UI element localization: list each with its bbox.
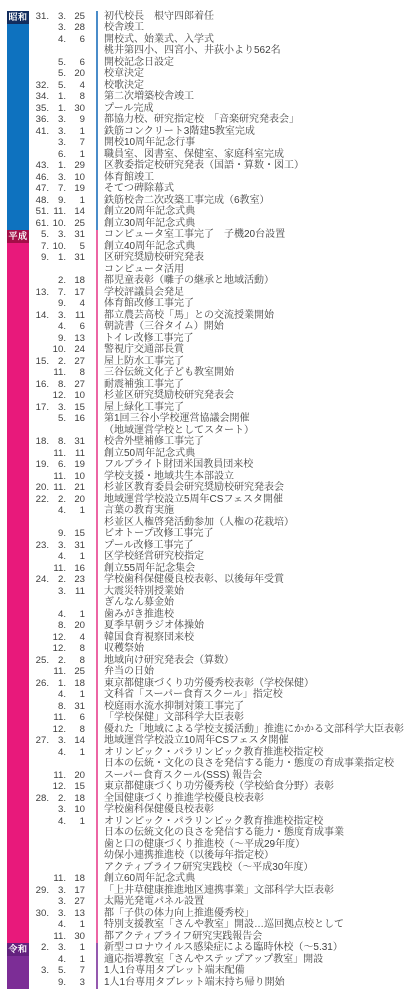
timeline-row: 歯と口の健康づくり推進校（～平成29年度）	[29, 839, 409, 851]
timeline-row: 2. 3. 1 新型コロナウイルス感染症による臨時休校（～5.31）	[29, 943, 409, 955]
row-day: 16	[66, 564, 85, 574]
row-month: 3.	[49, 127, 66, 137]
row-event-text: 特別支援教室「さんや教室」開設…巡回拠点校として	[96, 920, 344, 932]
row-year: 17.	[29, 403, 49, 413]
row-month: 3.	[49, 230, 66, 240]
timeline-row: 9. 3 1人1台専用タブレット端末持ち帰り開始	[29, 977, 409, 989]
timeline-row: 12. 10 杉並区研究奨励校研究発表会	[29, 391, 409, 403]
row-month: 3.	[49, 943, 66, 953]
row-day: 17	[66, 886, 85, 896]
row-day: 25	[66, 12, 85, 22]
timeline-row: 10. 24 警視庁交通部長賞	[29, 345, 409, 357]
row-day: 8	[66, 725, 85, 735]
row-year: 35.	[29, 104, 49, 114]
row-event-text: 1人1台専用タブレット端末持ち帰り開始	[96, 977, 285, 989]
timeline-row: 8. 20 夏季早朝ラジオ体操始	[29, 621, 409, 633]
timeline-row: 51. 11. 14 創立20周年記念式典	[29, 207, 409, 219]
timeline-row: 4. 6 朝読書（三谷タイム）開始	[29, 322, 409, 334]
era-bar-showa	[7, 24, 29, 230]
timeline-row: （地域運営学校としてスタート）	[29, 425, 409, 437]
timeline-row: 3. 7 開校10周年記念行事	[29, 138, 409, 150]
row-event-text: 東京都健康づくり功労優秀校表彰（学校保健）	[96, 678, 314, 690]
row-day: 31	[66, 230, 85, 240]
row-event-text: フルブライト財団米国教員団来校	[96, 460, 253, 472]
row-year: 31.	[29, 12, 49, 22]
row-day: 31	[66, 253, 85, 263]
row-event-text: 学校歯科保健優良校表彰	[96, 805, 214, 817]
row-event-text: 創立50周年記念式典	[96, 448, 195, 460]
row-month: 1.	[49, 253, 66, 263]
row-event-text: 校歌決定	[96, 80, 144, 92]
row-event-text: 太陽光発電パネル設置	[96, 897, 204, 909]
row-year: 32.	[29, 81, 49, 91]
row-event-text: 夏季早朝ラジオ体操始	[96, 621, 204, 633]
row-event-text: 言葉の教育実施	[96, 506, 174, 518]
row-month: 9.	[49, 978, 66, 988]
row-month: 11.	[49, 932, 66, 942]
row-month: 4.	[49, 552, 66, 562]
row-month: 12.	[49, 725, 66, 735]
row-day: 8	[66, 644, 85, 654]
era-label-reiwa: 令和	[7, 943, 29, 956]
row-event-text: 区研究奨励校研究発表	[96, 253, 204, 265]
timeline-row: 3. 28 校舎竣工	[29, 23, 409, 35]
row-year: 27.	[29, 736, 49, 746]
row-month: 3.	[49, 12, 66, 22]
row-event-text: 区学校経営研究校指定	[96, 552, 204, 564]
timeline-row: 5. 16 第1回三谷小学校運営協議会開催	[29, 414, 409, 426]
era-label-heisei: 平成	[7, 230, 29, 243]
row-event-text: 開校10周年記念行事	[96, 138, 195, 150]
timeline-row: 43. 1. 29 区教委指定校研究発表（国語・算数・図工）	[29, 161, 409, 173]
row-month: 8.	[49, 437, 66, 447]
row-event-text: 都アクティブライフ研究実践報告会	[96, 931, 262, 943]
row-year: 30.	[29, 909, 49, 919]
row-day: 19	[66, 460, 85, 470]
row-event-text: そてつ碑除幕式	[96, 184, 174, 196]
row-day: 4	[66, 299, 85, 309]
era-rows: 2. 3. 1 新型コロナウイルス感染症による臨時休校（～5.31） 4. 1 …	[29, 943, 409, 989]
era-bar-heisei	[7, 243, 29, 943]
row-month: 11.	[49, 483, 66, 493]
timeline-row: 14. 3. 11 都立農芸高校「馬」との交流授業開始	[29, 310, 409, 322]
row-day: 18	[66, 794, 85, 804]
row-month: 12.	[49, 391, 66, 401]
row-month: 4.	[49, 920, 66, 930]
timeline-row: 11. 16 創立55周年記念集会	[29, 563, 409, 575]
row-month: 2.	[49, 656, 66, 666]
row-event-text: 初代校長 根守四郎着任	[96, 11, 214, 23]
row-day: 1	[66, 817, 85, 827]
row-day: 6	[66, 713, 85, 723]
row-month: 4.	[49, 610, 66, 620]
timeline-row: 8. 31 校庭雨水流水抑制対策工事完了	[29, 701, 409, 713]
timeline-row: 5. 6 開校記念日設定	[29, 57, 409, 69]
timeline-row: 34. 1. 8 第二次増築校舎竣工	[29, 92, 409, 104]
timeline-row: 3. 11 大震災特別授業始	[29, 586, 409, 598]
row-day: 4	[66, 81, 85, 91]
row-month: 1.	[49, 161, 66, 171]
row-event-text: 1人1台専用タブレット端末配備	[96, 966, 245, 978]
row-month: 11.	[49, 667, 66, 677]
row-day: 28	[66, 23, 85, 33]
school-history-timeline: 昭和 31. 3. 25 初代校長 根守四郎着任 3. 28 校舎竣工 4. 6…	[0, 0, 409, 993]
row-day: 18	[66, 874, 85, 884]
row-month: 9.	[49, 299, 66, 309]
row-event-text: 桃井第四小、四宮小、井荻小より562名	[96, 46, 281, 58]
row-year: 7.	[29, 242, 49, 252]
row-month: 11.	[49, 564, 66, 574]
row-month: 2.	[49, 357, 66, 367]
row-event-text: 東京都健康づくり功労優秀校（学校給食分野）表彰	[96, 782, 334, 794]
row-month: 8.	[49, 621, 66, 631]
row-day: 10	[66, 391, 85, 401]
timeline-row: 11. 25 弁当の日始	[29, 667, 409, 679]
row-month: 3.	[49, 805, 66, 815]
row-year: 46.	[29, 173, 49, 183]
row-event-text: 優れた「地域による学校支援活動」推進にかかる文部科学大臣表彰	[96, 724, 404, 736]
row-event-text: 開校記念日設定	[96, 57, 174, 69]
row-year: 18.	[29, 437, 49, 447]
row-month: 5.	[49, 69, 66, 79]
row-month: 5.	[49, 966, 66, 976]
row-month: 2.	[49, 575, 66, 585]
timeline-row: 36. 3. 9 都協力校、研究指定校 「音楽研究発表会」	[29, 115, 409, 127]
row-event-text: 校舎外壁補修工事完了	[96, 437, 204, 449]
timeline-row: 16. 8. 27 耐震補強工事完了	[29, 379, 409, 391]
timeline-row: 4. 1 言葉の教育実施	[29, 506, 409, 518]
row-day: 15	[66, 403, 85, 413]
row-month: 9.	[49, 334, 66, 344]
row-month: 11.	[49, 771, 66, 781]
row-month: 3.	[49, 736, 66, 746]
row-month: 8.	[49, 380, 66, 390]
row-day: 1	[66, 955, 85, 965]
row-day: 8	[66, 656, 85, 666]
timeline-row: 4. 1 歯みがき推進校	[29, 609, 409, 621]
row-event-text: 弁当の日始	[96, 667, 154, 679]
timeline-row: 13. 7. 17 学校評議員会発足	[29, 287, 409, 299]
timeline-row: 2. 18 都児童表彰（囃子の継承と地域活動）	[29, 276, 409, 288]
timeline-row: 11. 18 創立60周年記念式典	[29, 874, 409, 886]
row-year: 47.	[29, 184, 49, 194]
row-day: 9	[66, 115, 85, 125]
row-year: 9.	[29, 253, 49, 263]
row-event-text: 三谷伝統文化子ども教室開始	[96, 368, 234, 380]
timeline-row: 3. 5. 7 1人1台専用タブレット端末配備	[29, 966, 409, 978]
timeline-row: 9. 15 ビオトープ改修工事完了	[29, 529, 409, 541]
era-rows: 5. 3. 31 コンピュータ室工事完了 子機20台設置 7. 10. 5 創立…	[29, 230, 409, 943]
timeline-row: 6. 1 職員室、図書室、保健室、家庭科室完成	[29, 149, 409, 161]
timeline-row: 11. 20 スーパー食育スクール(SSS) 報告会	[29, 770, 409, 782]
timeline-row: 48. 9. 1 鉄筋校舎二次改築工事完成（6教室）	[29, 195, 409, 207]
row-day: 1	[66, 506, 85, 516]
timeline-row: 47. 7. 19 そてつ碑除幕式	[29, 184, 409, 196]
era-bar-reiwa	[7, 956, 29, 989]
row-year: 16.	[29, 380, 49, 390]
timeline-row: 12. 4 韓国食育視察団来校	[29, 632, 409, 644]
row-month: 3.	[49, 897, 66, 907]
row-day: 27	[66, 357, 85, 367]
row-month: 3.	[49, 115, 66, 125]
row-year: 28.	[29, 794, 49, 804]
row-event-text: 朝読書（三谷タイム）開始	[96, 322, 224, 334]
row-event-text: 屋上防水工事完了	[96, 356, 184, 368]
timeline-row: 12. 15 東京都健康づくり功労優秀校（学校給食分野）表彰	[29, 782, 409, 794]
row-month: 5.	[49, 81, 66, 91]
row-event-text: 都児童表彰（囃子の継承と地域活動）	[96, 276, 274, 288]
row-day: 30	[66, 104, 85, 114]
row-day: 5	[66, 242, 85, 252]
row-event-text: 日本の伝統文化の良さを発信する能力・態度育成事業	[96, 828, 344, 840]
row-year: 48.	[29, 196, 49, 206]
row-day: 7	[66, 138, 85, 148]
row-event-text: スーパー食育スクール(SSS) 報告会	[96, 770, 262, 782]
timeline-row: 24. 2. 23 学校歯科保健優良校表彰、以後毎年受賞	[29, 575, 409, 587]
row-year: 3.	[29, 966, 49, 976]
row-event-text: 幼保小連携推進校（以後毎年指定校）	[96, 851, 274, 863]
timeline-row: 日本の伝統文化の良さを発信する能力・態度育成事業	[29, 828, 409, 840]
timeline-row: 29. 3. 17 「上井草健康推進地区連携事業」文部科学大臣表彰	[29, 885, 409, 897]
row-day: 20	[66, 495, 85, 505]
row-month: 4.	[49, 35, 66, 45]
row-day: 8	[66, 92, 85, 102]
row-event-text: 耐震補強工事完了	[96, 379, 184, 391]
timeline-row: 12. 8 優れた「地域による学校支援活動」推進にかかる文部科学大臣表彰	[29, 724, 409, 736]
row-month: 3.	[49, 886, 66, 896]
row-month: 8.	[49, 702, 66, 712]
row-day: 15	[66, 782, 85, 792]
era-rows: 31. 3. 25 初代校長 根守四郎着任 3. 28 校舎竣工 4. 6 開校…	[29, 11, 409, 230]
row-event-text: 学校歯科保健優良校表彰、以後毎年受賞	[96, 575, 284, 587]
row-event-text: 「学校保健」文部科学大臣表彰	[96, 713, 244, 725]
timeline-row: 11. 8 三谷伝統文化子ども教室開始	[29, 368, 409, 380]
row-day: 4	[66, 633, 85, 643]
row-day: 1	[66, 127, 85, 137]
row-month: 11.	[49, 472, 66, 482]
row-event-text: 地域向け研究発表会（算数）	[96, 655, 234, 667]
row-year: 34.	[29, 92, 49, 102]
row-event-text: 「上井草健康推進地区連携事業」文部科学大臣表彰	[96, 885, 334, 897]
row-year: 43.	[29, 161, 49, 171]
timeline-row: 4. 1 文科省「スーパー食育スクール」指定校	[29, 690, 409, 702]
timeline-row: 20. 11. 21 杉並区教育委員会研究奨励校研究発表会	[29, 483, 409, 495]
timeline-row: 3. 27 太陽光発電パネル設置	[29, 897, 409, 909]
row-event-text: 収穫祭始	[96, 644, 144, 656]
row-day: 1	[66, 690, 85, 700]
row-year: 5.	[29, 230, 49, 240]
row-day: 25	[66, 667, 85, 677]
timeline-row: 15. 2. 27 屋上防水工事完了	[29, 356, 409, 368]
era-section-reiwa: 令和 2. 3. 1 新型コロナウイルス感染症による臨時休校（～5.31） 4.…	[7, 943, 409, 989]
timeline-row: 26. 1. 18 東京都健康づくり功労優秀校表彰（学校保健）	[29, 678, 409, 690]
row-month: 10.	[49, 219, 66, 229]
row-day: 11	[66, 449, 85, 459]
timeline-row: 11. 11 創立50周年記念式典	[29, 448, 409, 460]
row-event-text: コンピュータ室工事完了 子機20台設置	[96, 230, 285, 242]
row-day: 1	[66, 748, 85, 758]
row-day: 11	[66, 587, 85, 597]
row-day: 31	[66, 437, 85, 447]
timeline-row: 35. 1. 30 プール完成	[29, 103, 409, 115]
row-day: 23	[66, 575, 85, 585]
era-marker: 令和	[7, 943, 29, 989]
row-event-text: 鉄筋コンクリート3階建5教室完成	[96, 126, 255, 138]
row-event-text: 杉並区研究奨励校研究発表会	[96, 391, 234, 403]
row-event-text: 創立20周年記念式典	[96, 207, 195, 219]
row-event-text: 都立農芸高校「馬」との交流授業開始	[96, 310, 274, 322]
row-event-text: 職員室、図書室、保健室、家庭科室完成	[96, 149, 284, 161]
row-day: 13	[66, 909, 85, 919]
row-year: 22.	[29, 495, 49, 505]
timeline-row: 桃井第四小、四宮小、井荻小より562名	[29, 46, 409, 58]
row-month: 5.	[49, 414, 66, 424]
row-month: 7.	[49, 184, 66, 194]
timeline-row: 46. 3. 10 体育館竣工	[29, 172, 409, 184]
row-event-text: 文科省「スーパー食育スクール」指定校	[96, 690, 283, 702]
row-event-text: 校章決定	[96, 69, 144, 81]
row-year: 36.	[29, 115, 49, 125]
timeline-row: 18. 8. 31 校舎外壁補修工事完了	[29, 437, 409, 449]
row-event-text: 創立60周年記念式典	[96, 874, 195, 886]
row-year: 61.	[29, 219, 49, 229]
timeline-row: 9. 4 体育館改修工事完了	[29, 299, 409, 311]
row-month: 11.	[49, 449, 66, 459]
row-event-text: 第1回三谷小学校運営協議会開催	[96, 414, 250, 426]
timeline-row: 11. 10 学校支援・地域共生本部設立	[29, 471, 409, 483]
row-day: 17	[66, 288, 85, 298]
timeline-row: 27. 3. 14 地域運営学校設立10周年CSフェスタ開催	[29, 736, 409, 748]
timeline-row: 19. 6. 19 フルブライト財団米国教員団来校	[29, 460, 409, 472]
row-day: 20	[66, 621, 85, 631]
row-month: 4.	[49, 690, 66, 700]
row-day: 21	[66, 483, 85, 493]
row-event-text: 創立40周年記念式典	[96, 241, 195, 253]
row-month: 3.	[49, 909, 66, 919]
timeline-row: 30. 3. 13 都「子供の体力向上推進優秀校」	[29, 908, 409, 920]
row-day: 14	[66, 736, 85, 746]
row-year: 41.	[29, 127, 49, 137]
row-day: 6	[66, 35, 85, 45]
row-month: 2.	[49, 276, 66, 286]
row-event-text: 創立30周年記念式典	[96, 218, 195, 230]
row-event-text: 地域運営学校設立5周年CSフェスタ開催	[96, 494, 283, 506]
row-month: 9.	[49, 529, 66, 539]
row-month: 3.	[49, 311, 66, 321]
row-day: 20	[66, 69, 85, 79]
row-day: 1	[66, 943, 85, 953]
row-year: 20.	[29, 483, 49, 493]
row-day: 1	[66, 196, 85, 206]
row-day: 29	[66, 161, 85, 171]
row-month: 7.	[49, 288, 66, 298]
timeline-row: 杉並区人権啓発活動参加（人権の花栽培）	[29, 517, 409, 529]
row-day: 19	[66, 184, 85, 194]
timeline-row: 7. 10. 5 創立40周年記念式典	[29, 241, 409, 253]
row-event-text: アクティブライフ研究実践校（～平成30年度）	[96, 862, 313, 874]
timeline-row: 5. 3. 31 コンピュータ室工事完了 子機20台設置	[29, 230, 409, 242]
row-year: 51.	[29, 207, 49, 217]
row-event-text: 学校評議員会発足	[96, 287, 184, 299]
timeline-row: 61. 10. 25 創立30周年記念式典	[29, 218, 409, 230]
timeline-row: 12. 8 収穫祭始	[29, 644, 409, 656]
row-month: 4.	[49, 955, 66, 965]
timeline-row: アクティブライフ研究実践校（～平成30年度）	[29, 862, 409, 874]
row-month: 1.	[49, 104, 66, 114]
row-month: 5.	[49, 58, 66, 68]
row-day: 31	[66, 541, 85, 551]
row-day: 15	[66, 529, 85, 539]
row-day: 8	[66, 368, 85, 378]
row-day: 18	[66, 276, 85, 286]
row-day: 10	[66, 472, 85, 482]
timeline-row: 4. 1 適応指導教室「さんやステップアップ教室」開設	[29, 954, 409, 966]
timeline-row: 23. 3. 31 プール改修工事完了	[29, 540, 409, 552]
row-day: 1	[66, 920, 85, 930]
row-month: 4.	[49, 322, 66, 332]
row-event-text: コンピュータ活用	[96, 264, 184, 276]
row-year: 29.	[29, 886, 49, 896]
row-month: 3.	[49, 587, 66, 597]
row-month: 1.	[49, 92, 66, 102]
row-year: 25.	[29, 656, 49, 666]
row-day: 25	[66, 219, 85, 229]
timeline-row: コンピュータ活用	[29, 264, 409, 276]
row-event-text: 歯みがき推進校	[96, 609, 174, 621]
row-event-text: 鉄筋校舎二次改築工事完成（6教室）	[96, 195, 270, 207]
timeline-row: 41. 3. 1 鉄筋コンクリート3階建5教室完成	[29, 126, 409, 138]
timeline-row: 31. 3. 25 初代校長 根守四郎着任	[29, 11, 409, 23]
row-month: 11.	[49, 874, 66, 884]
row-event-text: 大震災特別授業始	[96, 586, 184, 598]
row-event-text: 体育館竣工	[96, 172, 154, 184]
row-day: 7	[66, 966, 85, 976]
row-day: 1	[66, 150, 85, 160]
timeline-row: 日本の伝統・文化の良さを発信する能力・態度の育成事業指定校	[29, 759, 409, 771]
row-event-text: ぎんなん募金始	[96, 598, 174, 610]
timeline-row: 4. 6 開校式、始業式、入学式	[29, 34, 409, 46]
row-day: 24	[66, 345, 85, 355]
row-day: 3	[66, 978, 85, 988]
row-day: 18	[66, 679, 85, 689]
timeline-row: 32. 5. 4 校歌決定	[29, 80, 409, 92]
row-month: 9.	[49, 196, 66, 206]
row-year: 19.	[29, 460, 49, 470]
row-day: 6	[66, 322, 85, 332]
row-event-text: 地域運営学校設立10周年CSフェスタ開催	[96, 736, 289, 748]
row-event-text: 適応指導教室「さんやステップアップ教室」開設	[96, 954, 323, 966]
row-year: 2.	[29, 943, 49, 953]
row-month: 3.	[49, 173, 66, 183]
row-event-text: プール完成	[96, 103, 154, 115]
row-year: 14.	[29, 311, 49, 321]
row-event-text: 学校支援・地域共生本部設立	[96, 471, 234, 483]
row-month: 3.	[49, 23, 66, 33]
timeline-row: 3. 10 学校歯科保健優良校表彰	[29, 805, 409, 817]
row-month: 3.	[49, 403, 66, 413]
row-month: 4.	[49, 748, 66, 758]
era-label-showa: 昭和	[7, 11, 29, 24]
row-event-text: 区教委指定校研究発表（国語・算数・図工）	[96, 161, 304, 173]
row-event-text: 校舎竣工	[96, 23, 144, 35]
row-year: 15.	[29, 357, 49, 367]
row-day: 11	[66, 311, 85, 321]
row-event-text: トイレ改修工事完了	[96, 333, 194, 345]
row-month: 12.	[49, 644, 66, 654]
row-event-text: オリンピック・パラリンピック教育推進校指定校	[96, 747, 323, 759]
row-event-text: 屋上緑化工事完了	[96, 402, 184, 414]
row-day: 1	[66, 552, 85, 562]
